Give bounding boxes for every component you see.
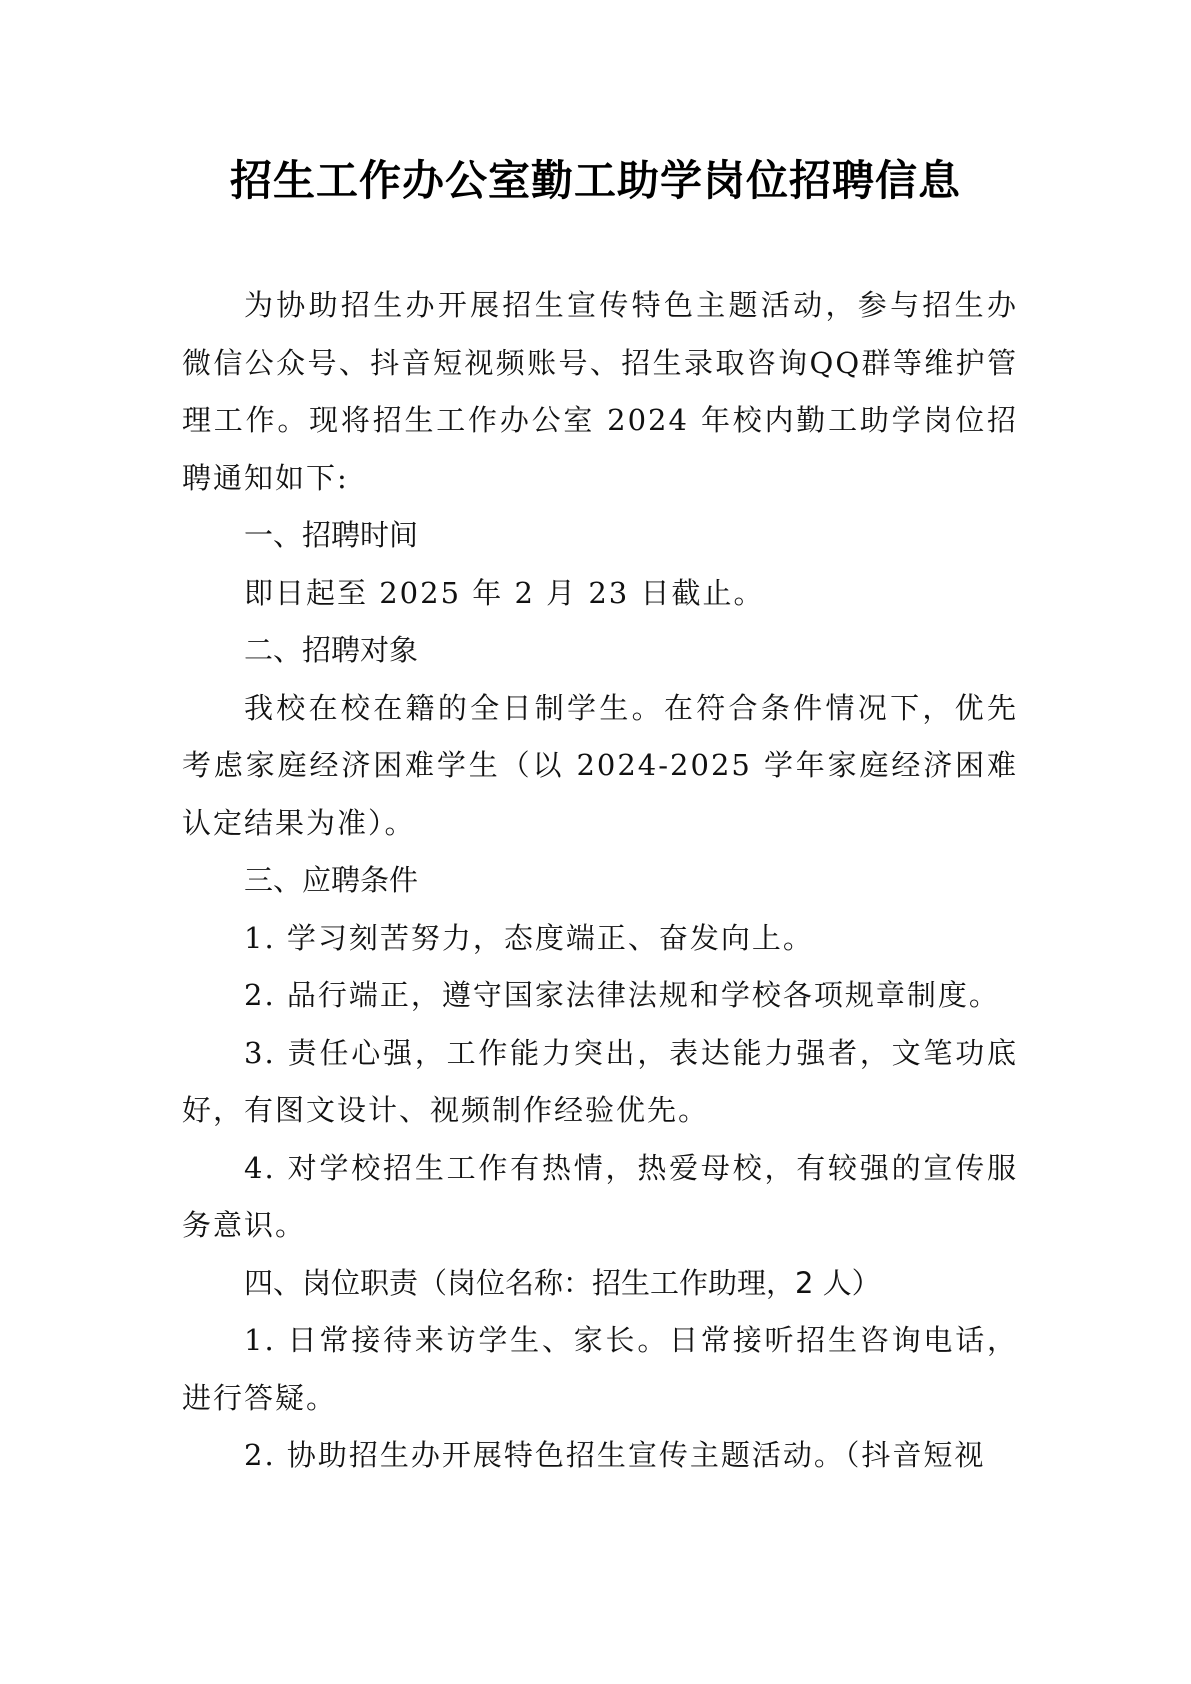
document-body: 为协助招生办开展招生宣传特色主题活动，参与招生办微信公众号、抖音短视频账号、招生… (182, 277, 1018, 1485)
section-heading-time: 一、招聘时间 (182, 507, 1018, 565)
section-heading-target: 二、招聘对象 (182, 622, 1018, 680)
list-item: 2. 协助招生办开展特色招生宣传主题活动。（抖音短视 (182, 1427, 1018, 1485)
list-item: 1. 日常接待来访学生、家长。日常接听招生咨询电话，进行答疑。 (182, 1312, 1018, 1427)
list-item: 1. 学习刻苦努力，态度端正、奋发向上。 (182, 910, 1018, 968)
list-item: 3. 责任心强，工作能力突出，表达能力强者，文笔功底好，有图文设计、视频制作经验… (182, 1025, 1018, 1140)
intro-paragraph: 为协助招生办开展招生宣传特色主题活动，参与招生办微信公众号、抖音短视频账号、招生… (182, 277, 1018, 507)
section-heading-duties: 四、岗位职责（岗位名称：招生工作助理，2 人） (182, 1255, 1018, 1313)
section-heading-requirements: 三、应聘条件 (182, 852, 1018, 910)
list-item: 2. 品行端正，遵守国家法律法规和学校各项规章制度。 (182, 967, 1018, 1025)
paragraph: 我校在校在籍的全日制学生。在符合条件情况下，优先考虑家庭经济困难学生（以 202… (182, 680, 1018, 853)
document-page: 招生工作办公室勤工助学岗位招聘信息 为协助招生办开展招生宣传特色主题活动，参与招… (0, 0, 1191, 1684)
paragraph: 即日起至 2025 年 2 月 23 日截止。 (182, 565, 1018, 623)
page-title: 招生工作办公室勤工助学岗位招聘信息 (0, 148, 1191, 208)
list-item: 4. 对学校招生工作有热情，热爱母校，有较强的宣传服务意识。 (182, 1140, 1018, 1255)
